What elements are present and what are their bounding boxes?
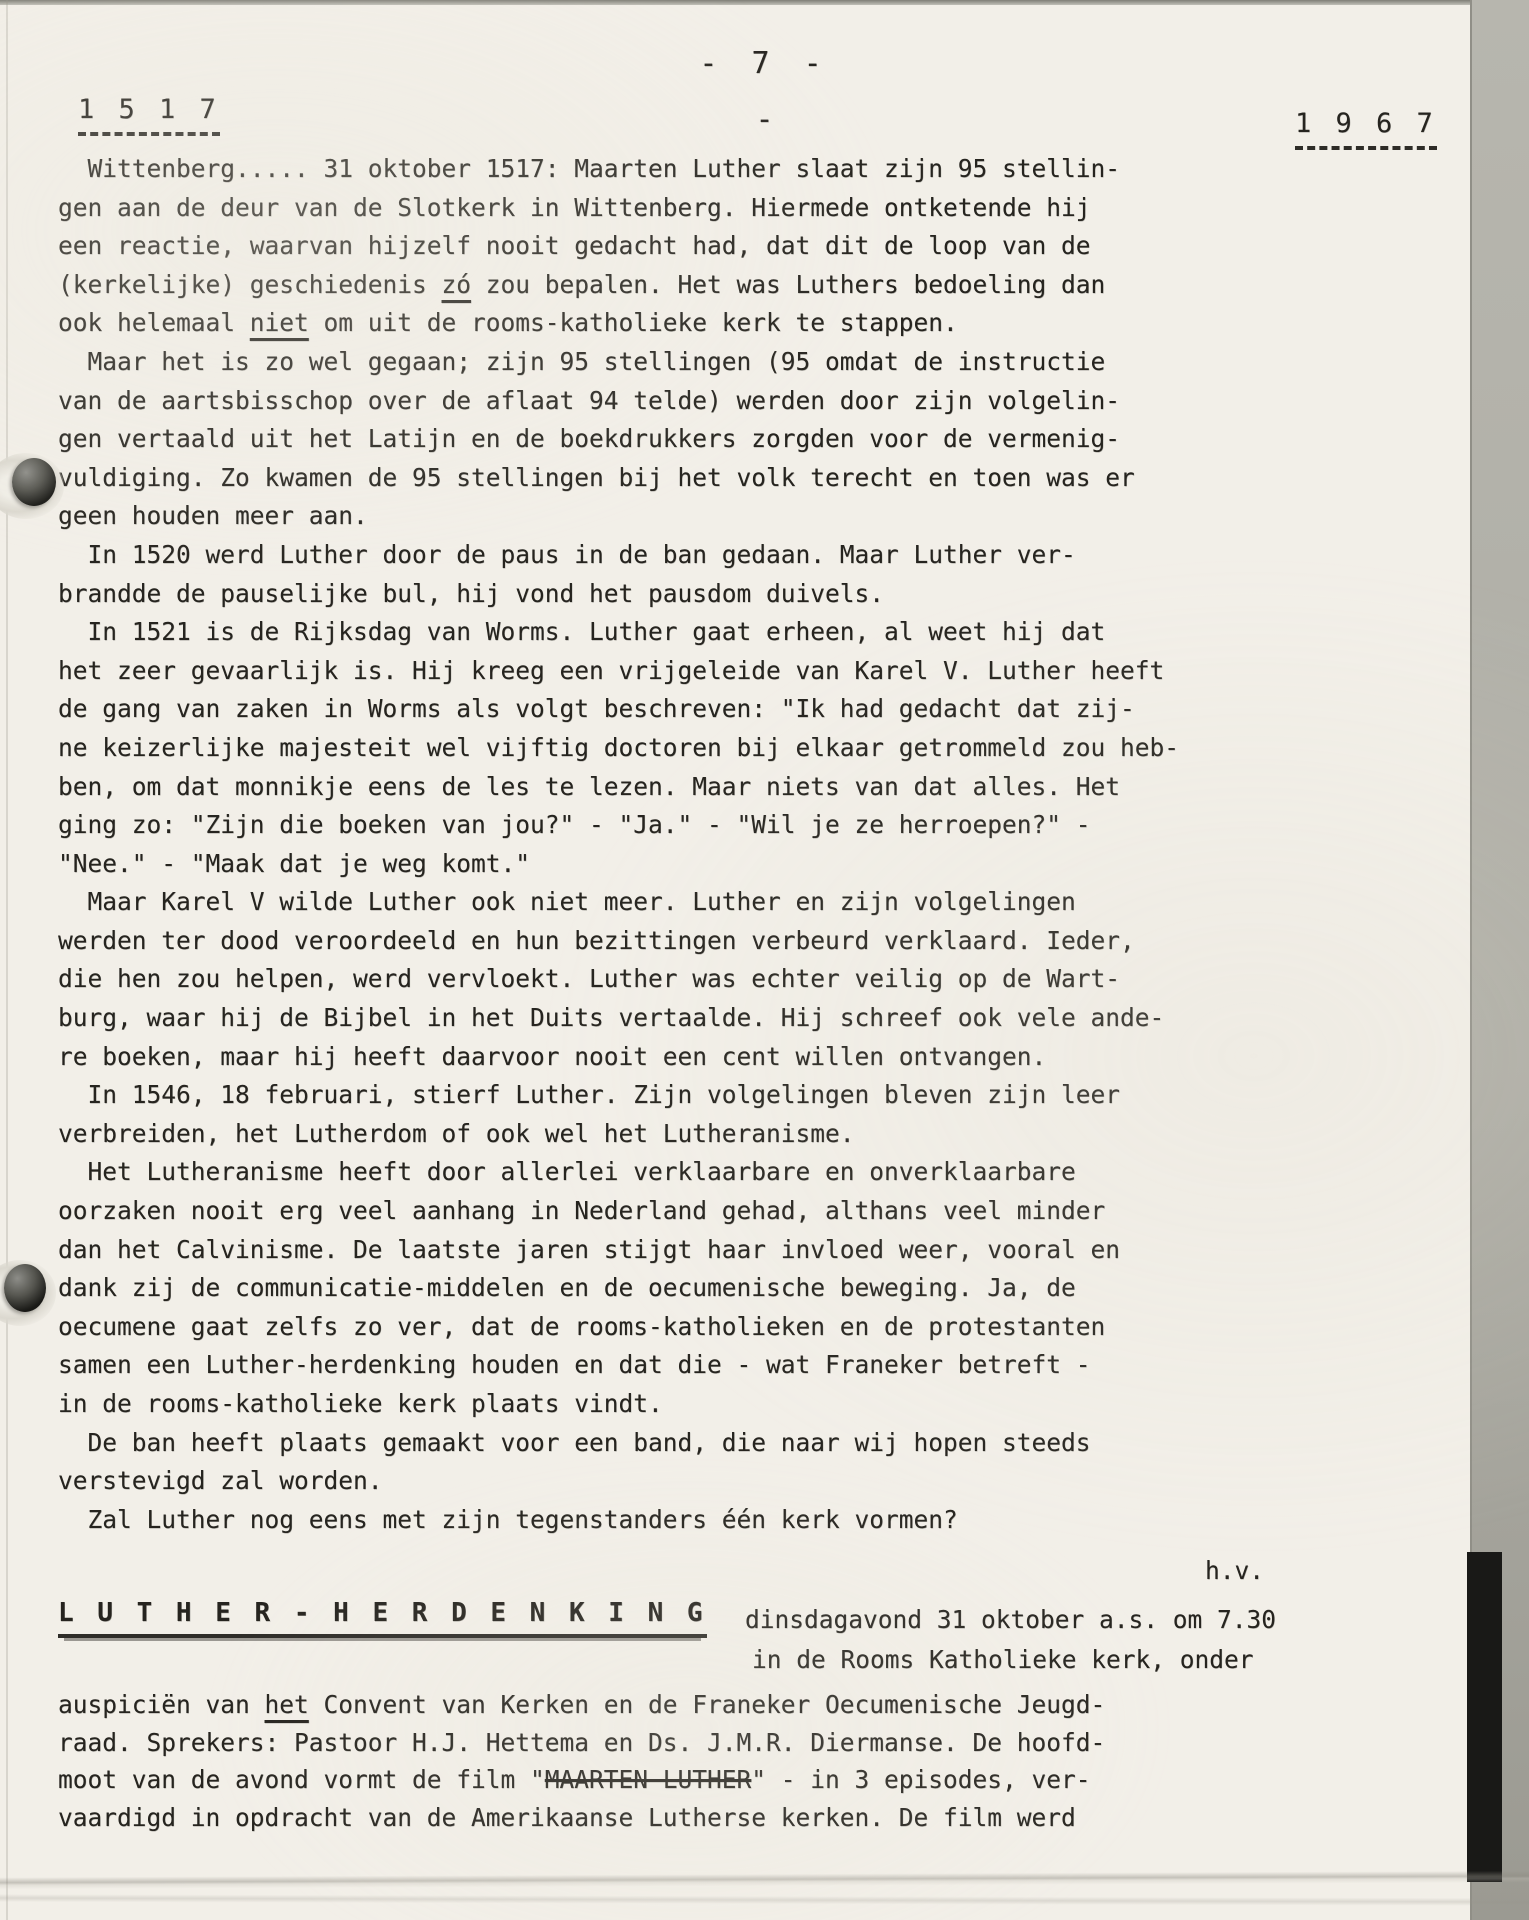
typed-line: een reactie, waarvan hijzelf nooit gedac… bbox=[58, 227, 1179, 266]
typed-line: in de rooms-katholieke kerk plaats vindt… bbox=[58, 1385, 1179, 1424]
year-1967: 1 9 6 7 bbox=[1295, 108, 1437, 150]
typed-line: brandde de pauselijke bul, hij vond het … bbox=[58, 575, 1179, 614]
typed-line: Het Lutheranisme heeft door allerlei ver… bbox=[58, 1153, 1179, 1192]
article-body: Wittenberg..... 31 oktober 1517: Maarten… bbox=[58, 150, 1179, 1539]
hole-punch-bottom bbox=[0, 1260, 56, 1326]
typed-line: vuldiging. Zo kwamen de 95 stellingen bi… bbox=[58, 459, 1179, 498]
typed-line: van de aartsbisschop over de aflaat 94 t… bbox=[58, 382, 1179, 421]
typed-line: dan het Calvinisme. De laatste jaren sti… bbox=[58, 1231, 1179, 1270]
typed-line: vaardigd in opdracht van de Amerikaanse … bbox=[58, 1799, 1105, 1837]
scanned-newsletter-page: - 7 - - 1 5 1 7 1 9 6 7 Wittenberg..... … bbox=[0, 0, 1529, 1920]
hole-punch-shadow bbox=[4, 1264, 46, 1312]
typed-line: ook helemaal niet om uit de rooms-kathol… bbox=[58, 304, 1179, 343]
scan-edge-top bbox=[0, 0, 1529, 5]
typed-line: die hen zou helpen, werd vervloekt. Luth… bbox=[58, 960, 1179, 999]
announcement-body: auspiciën van het Convent van Kerken en … bbox=[58, 1686, 1105, 1836]
hole-punch-shadow bbox=[12, 458, 56, 506]
typed-line: geen houden meer aan. bbox=[58, 497, 1179, 536]
typed-line: re boeken, maar hij heeft daarvoor nooit… bbox=[58, 1038, 1179, 1077]
typed-line: de gang van zaken in Worms als volgt bes… bbox=[58, 690, 1179, 729]
typed-line: verbreiden, het Lutherdom of ook wel het… bbox=[58, 1115, 1179, 1154]
typed-line: Maar Karel V wilde Luther ook niet meer.… bbox=[58, 883, 1179, 922]
announcement-location: in de Rooms Katholieke kerk, onder bbox=[752, 1641, 1254, 1680]
scan-edge-black-strip bbox=[1467, 1552, 1502, 1882]
typed-line: Zal Luther nog eens met zijn tegenstande… bbox=[58, 1501, 1179, 1540]
typed-line: gen vertaald uit het Latijn en de boekdr… bbox=[58, 420, 1179, 459]
year-1517: 1 5 1 7 bbox=[78, 94, 220, 136]
typed-line: De ban heeft plaats gemaakt voor een ban… bbox=[58, 1424, 1179, 1463]
typed-line: burg, waar hij de Bijbel in het Duits ve… bbox=[58, 999, 1179, 1038]
typed-line: werden ter dood veroordeeld en hun bezit… bbox=[58, 922, 1179, 961]
typed-line: het zeer gevaarlijk is. Hij kreeg een vr… bbox=[58, 652, 1179, 691]
typed-line: raad. Sprekers: Pastoor H.J. Hettema en … bbox=[58, 1724, 1105, 1762]
hole-punch-top bbox=[0, 453, 64, 519]
typed-line: In 1521 is de Rijksdag van Worms. Luther… bbox=[58, 613, 1179, 652]
author-initials: h.v. bbox=[1205, 1556, 1264, 1585]
announcement-date-time: dinsdagavond 31 oktober a.s. om 7.30 bbox=[745, 1601, 1276, 1640]
typed-line: oecumene gaat zelfs zo ver, dat de rooms… bbox=[58, 1308, 1179, 1347]
typed-line: "Nee." - "Maak dat je weg komt." bbox=[58, 845, 1179, 884]
typed-line: (kerkelijke) geschiedenis zó zou bepalen… bbox=[58, 266, 1179, 305]
typed-line: auspiciën van het Convent van Kerken en … bbox=[58, 1686, 1105, 1724]
typed-line: Maar het is zo wel gegaan; zijn 95 stell… bbox=[58, 343, 1179, 382]
paper-crease-faint bbox=[0, 1894, 1529, 1906]
typed-line: oorzaken nooit erg veel aanhang in Neder… bbox=[58, 1192, 1179, 1231]
typed-line: gen aan de deur van de Slotkerk in Witte… bbox=[58, 189, 1179, 228]
typed-line: In 1546, 18 februari, stierf Luther. Zij… bbox=[58, 1076, 1179, 1115]
typed-line: dank zij de communicatie-middelen en de … bbox=[58, 1269, 1179, 1308]
typed-line: moot van de avond vormt de film "MAARTEN… bbox=[58, 1761, 1105, 1799]
typed-line: ne keizerlijke majesteit wel vijftig doc… bbox=[58, 729, 1179, 768]
announcement-heading: L U T H E R - H E R D E N K I N G bbox=[58, 1598, 707, 1638]
paper-edge-left bbox=[6, 0, 8, 1920]
paper-crease bbox=[0, 1871, 1529, 1890]
typed-line: verstevigd zal worden. bbox=[58, 1462, 1179, 1501]
typed-line: Wittenberg..... 31 oktober 1517: Maarten… bbox=[58, 150, 1179, 189]
typed-line: samen een Luther-herdenking houden en da… bbox=[58, 1346, 1179, 1385]
typed-line: ben, om dat monnikje eens de les te leze… bbox=[58, 768, 1179, 807]
page-number: - 7 - bbox=[0, 46, 1529, 81]
typed-line: In 1520 werd Luther door de paus in de b… bbox=[58, 536, 1179, 575]
typed-line: ging zo: "Zijn die boeken van jou?" - "J… bbox=[58, 806, 1179, 845]
